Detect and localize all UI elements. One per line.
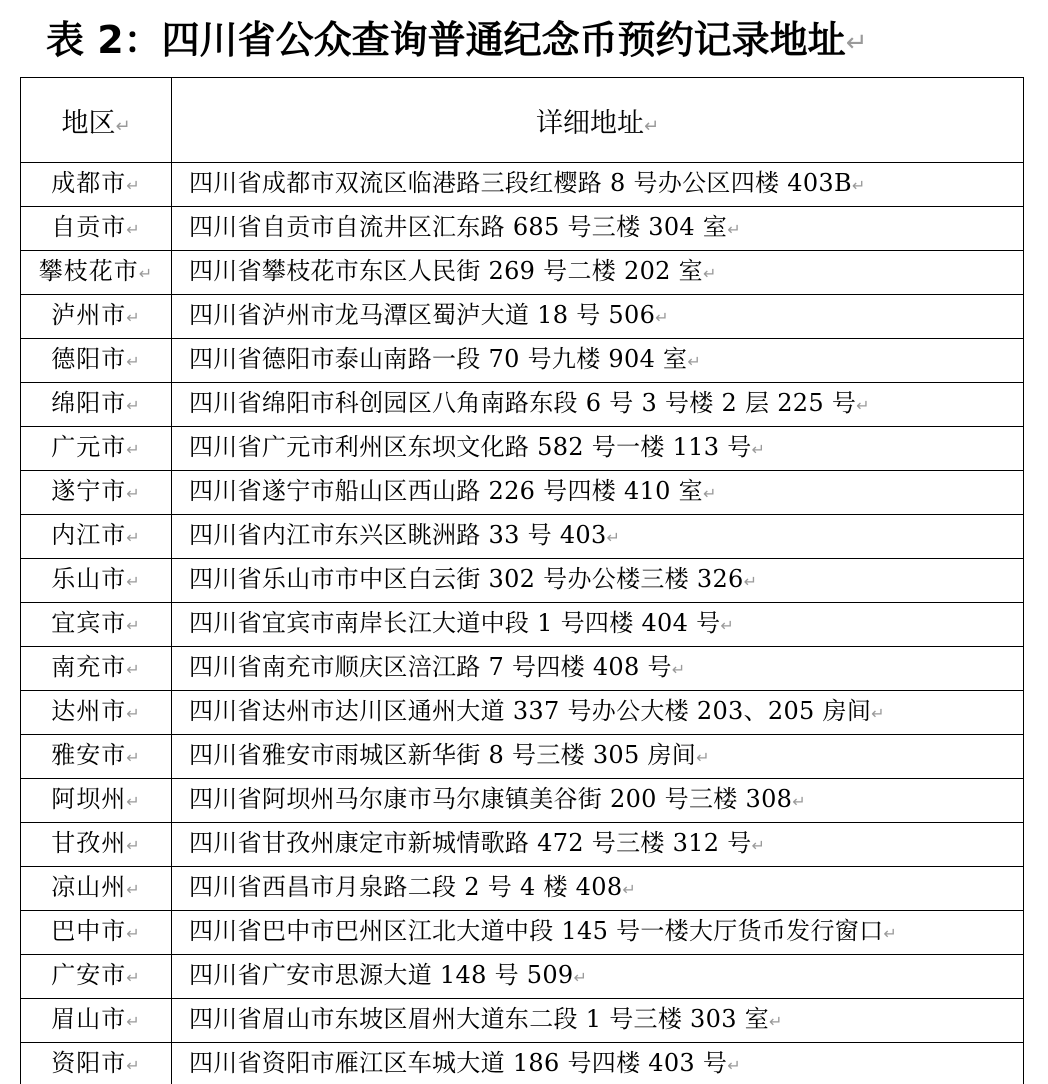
address-cell: 四川省南充市顺庆区涪江路 7 号四楼 408 号↵ bbox=[172, 647, 1024, 691]
paragraph-mark-icon: ↵ bbox=[703, 484, 717, 503]
region-cell: 广安市↵ bbox=[21, 955, 172, 999]
region-name: 达州市 bbox=[51, 697, 126, 725]
region-name: 泸州市 bbox=[51, 301, 126, 329]
table-row: 甘孜州↵ 四川省甘孜州康定市新城情歌路 472 号三楼 312 号↵ bbox=[21, 823, 1024, 867]
address-cell: 四川省眉山市东坡区眉州大道东二段 1 号三楼 303 室↵ bbox=[172, 999, 1024, 1043]
paragraph-mark-icon: ↵ bbox=[644, 116, 659, 137]
paragraph-mark-icon: ↵ bbox=[727, 1056, 741, 1075]
address-cell: 四川省西昌市月泉路二段 2 号 4 楼 408↵ bbox=[172, 867, 1024, 911]
paragraph-mark-icon: ↵ bbox=[769, 1012, 783, 1031]
paragraph-mark-icon: ↵ bbox=[126, 220, 140, 239]
region-name: 巴中市 bbox=[51, 917, 126, 945]
address-cell: 四川省宜宾市南岸长江大道中段 1 号四楼 404 号↵ bbox=[172, 603, 1024, 647]
paragraph-mark-icon: ↵ bbox=[126, 968, 140, 987]
address-text: 四川省泸州市龙马潭区蜀泸大道 18 号 506 bbox=[189, 301, 655, 329]
address-text: 四川省南充市顺庆区涪江路 7 号四楼 408 号 bbox=[189, 653, 672, 681]
table-row: 眉山市↵ 四川省眉山市东坡区眉州大道东二段 1 号三楼 303 室↵ bbox=[21, 999, 1024, 1043]
address-text: 四川省达州市达川区通州大道 337 号办公大楼 203、205 房间 bbox=[189, 697, 871, 725]
address-text: 四川省内江市东兴区眺洲路 33 号 403 bbox=[189, 521, 607, 549]
address-text: 四川省甘孜州康定市新城情歌路 472 号三楼 312 号 bbox=[189, 829, 752, 857]
address-cell: 四川省甘孜州康定市新城情歌路 472 号三楼 312 号↵ bbox=[172, 823, 1024, 867]
paragraph-mark-icon: ↵ bbox=[752, 440, 766, 459]
region-cell: 自贡市↵ bbox=[21, 207, 172, 251]
table-header-row: 地区↵ 详细地址↵ bbox=[21, 78, 1024, 163]
address-cell: 四川省泸州市龙马潭区蜀泸大道 18 号 506↵ bbox=[172, 295, 1024, 339]
paragraph-mark-icon: ↵ bbox=[622, 880, 636, 899]
paragraph-mark-icon: ↵ bbox=[126, 176, 140, 195]
paragraph-mark-icon: ↵ bbox=[687, 352, 701, 371]
paragraph-mark-icon: ↵ bbox=[574, 968, 588, 987]
paragraph-mark-icon: ↵ bbox=[696, 748, 710, 767]
address-cell: 四川省攀枝花市东区人民街 269 号二楼 202 室↵ bbox=[172, 251, 1024, 295]
address-text: 四川省广元市利州区东坝文化路 582 号一楼 113 号 bbox=[189, 433, 752, 461]
region-name: 德阳市 bbox=[51, 345, 126, 373]
paragraph-mark-icon: ↵ bbox=[752, 836, 766, 855]
region-name: 阿坝州 bbox=[51, 785, 126, 813]
header-region-label: 地区 bbox=[61, 108, 115, 139]
table-row: 南充市↵ 四川省南充市顺庆区涪江路 7 号四楼 408 号↵ bbox=[21, 647, 1024, 691]
paragraph-mark-icon: ↵ bbox=[115, 116, 130, 137]
region-cell: 内江市↵ bbox=[21, 515, 172, 559]
paragraph-mark-icon: ↵ bbox=[607, 528, 621, 547]
region-cell: 巴中市↵ bbox=[21, 911, 172, 955]
table-body: 成都市↵ 四川省成都市双流区临港路三段红樱路 8 号办公区四楼 403B↵ 自贡… bbox=[21, 163, 1024, 1084]
address-cell: 四川省阿坝州马尔康市马尔康镇美谷街 200 号三楼 308↵ bbox=[172, 779, 1024, 823]
address-cell: 四川省雅安市雨城区新华街 8 号三楼 305 房间↵ bbox=[172, 735, 1024, 779]
region-cell: 绵阳市↵ bbox=[21, 383, 172, 427]
region-cell: 遂宁市↵ bbox=[21, 471, 172, 515]
table-row: 宜宾市↵ 四川省宜宾市南岸长江大道中段 1 号四楼 404 号↵ bbox=[21, 603, 1024, 647]
region-cell: 泸州市↵ bbox=[21, 295, 172, 339]
address-text: 四川省资阳市雁江区车城大道 186 号四楼 403 号 bbox=[189, 1049, 727, 1077]
region-cell: 雅安市↵ bbox=[21, 735, 172, 779]
address-cell: 四川省资阳市雁江区车城大道 186 号四楼 403 号↵ bbox=[172, 1043, 1024, 1084]
paragraph-mark-icon: ↵ bbox=[856, 396, 870, 415]
paragraph-mark-icon: ↵ bbox=[703, 264, 717, 283]
header-address: 详细地址↵ bbox=[172, 78, 1024, 163]
paragraph-mark-icon: ↵ bbox=[720, 616, 734, 635]
table-row: 达州市↵ 四川省达州市达川区通州大道 337 号办公大楼 203、205 房间↵ bbox=[21, 691, 1024, 735]
table-row: 资阳市↵ 四川省资阳市雁江区车城大道 186 号四楼 403 号↵ bbox=[21, 1043, 1024, 1084]
region-cell: 阿坝州↵ bbox=[21, 779, 172, 823]
region-name: 广元市 bbox=[51, 433, 126, 461]
address-text: 四川省宜宾市南岸长江大道中段 1 号四楼 404 号 bbox=[189, 609, 720, 637]
address-cell: 四川省内江市东兴区眺洲路 33 号 403↵ bbox=[172, 515, 1024, 559]
address-cell: 四川省成都市双流区临港路三段红樱路 8 号办公区四楼 403B↵ bbox=[172, 163, 1024, 207]
address-text: 四川省眉山市东坡区眉州大道东二段 1 号三楼 303 室 bbox=[189, 1005, 769, 1033]
region-name: 遂宁市 bbox=[51, 477, 126, 505]
region-cell: 凉山州↵ bbox=[21, 867, 172, 911]
paragraph-mark-icon: ↵ bbox=[126, 748, 140, 767]
region-name: 甘孜州 bbox=[51, 829, 126, 857]
table-row: 自贡市↵ 四川省自贡市自流井区汇东路 685 号三楼 304 室↵ bbox=[21, 207, 1024, 251]
table-row: 广元市↵ 四川省广元市利州区东坝文化路 582 号一楼 113 号↵ bbox=[21, 427, 1024, 471]
paragraph-mark-icon: ↵ bbox=[126, 1012, 140, 1031]
region-name: 绵阳市 bbox=[51, 389, 126, 417]
address-cell: 四川省达州市达川区通州大道 337 号办公大楼 203、205 房间↵ bbox=[172, 691, 1024, 735]
region-cell: 南充市↵ bbox=[21, 647, 172, 691]
paragraph-mark-icon: ↵ bbox=[727, 220, 741, 239]
paragraph-mark-icon: ↵ bbox=[871, 704, 885, 723]
region-cell: 乐山市↵ bbox=[21, 559, 172, 603]
paragraph-mark-icon: ↵ bbox=[744, 572, 758, 591]
region-name: 雅安市 bbox=[51, 741, 126, 769]
address-text: 四川省阿坝州马尔康市马尔康镇美谷街 200 号三楼 308 bbox=[189, 785, 792, 813]
table-row: 乐山市↵ 四川省乐山市市中区白云街 302 号办公楼三楼 326↵ bbox=[21, 559, 1024, 603]
address-text: 四川省广安市思源大道 148 号 509 bbox=[189, 961, 574, 989]
region-name: 凉山州 bbox=[51, 873, 126, 901]
address-text: 四川省成都市双流区临港路三段红樱路 8 号办公区四楼 403B bbox=[189, 169, 852, 197]
paragraph-mark-icon: ↵ bbox=[126, 836, 140, 855]
paragraph-mark-icon: ↵ bbox=[846, 28, 868, 58]
address-text: 四川省雅安市雨城区新华街 8 号三楼 305 房间 bbox=[189, 741, 696, 769]
address-cell: 四川省德阳市泰山南路一段 70 号九楼 904 室↵ bbox=[172, 339, 1024, 383]
region-cell: 宜宾市↵ bbox=[21, 603, 172, 647]
region-cell: 攀枝花市↵ bbox=[21, 251, 172, 295]
region-name: 广安市 bbox=[51, 961, 126, 989]
document-title-text: 表 2：四川省公众查询普通纪念币预约记录地址 bbox=[46, 18, 846, 62]
paragraph-mark-icon: ↵ bbox=[126, 616, 140, 635]
paragraph-mark-icon: ↵ bbox=[126, 528, 140, 547]
paragraph-mark-icon: ↵ bbox=[126, 1056, 140, 1075]
paragraph-mark-icon: ↵ bbox=[672, 660, 686, 679]
header-address-label: 详细地址 bbox=[536, 108, 644, 139]
address-cell: 四川省广安市思源大道 148 号 509↵ bbox=[172, 955, 1024, 999]
region-name: 成都市 bbox=[51, 169, 126, 197]
paragraph-mark-icon: ↵ bbox=[126, 352, 140, 371]
paragraph-mark-icon: ↵ bbox=[883, 924, 897, 943]
address-cell: 四川省绵阳市科创园区八角南路东段 6 号 3 号楼 2 层 225 号↵ bbox=[172, 383, 1024, 427]
paragraph-mark-icon: ↵ bbox=[126, 924, 140, 943]
region-name: 自贡市 bbox=[51, 213, 126, 241]
address-text: 四川省西昌市月泉路二段 2 号 4 楼 408 bbox=[189, 873, 622, 901]
table-row: 巴中市↵ 四川省巴中市巴州区江北大道中段 145 号一楼大厅货币发行窗口↵ bbox=[21, 911, 1024, 955]
address-text: 四川省攀枝花市东区人民街 269 号二楼 202 室 bbox=[189, 257, 703, 285]
paragraph-mark-icon: ↵ bbox=[792, 792, 806, 811]
paragraph-mark-icon: ↵ bbox=[139, 264, 153, 283]
address-cell: 四川省自贡市自流井区汇东路 685 号三楼 304 室↵ bbox=[172, 207, 1024, 251]
address-cell: 四川省遂宁市船山区西山路 226 号四楼 410 室↵ bbox=[172, 471, 1024, 515]
table-row: 雅安市↵ 四川省雅安市雨城区新华街 8 号三楼 305 房间↵ bbox=[21, 735, 1024, 779]
address-text: 四川省巴中市巴州区江北大道中段 145 号一楼大厅货币发行窗口 bbox=[189, 917, 883, 945]
document-title: 表 2：四川省公众查询普通纪念币预约记录地址↵ bbox=[46, 12, 867, 68]
table-row: 凉山州↵ 四川省西昌市月泉路二段 2 号 4 楼 408↵ bbox=[21, 867, 1024, 911]
table-row: 遂宁市↵ 四川省遂宁市船山区西山路 226 号四楼 410 室↵ bbox=[21, 471, 1024, 515]
paragraph-mark-icon: ↵ bbox=[126, 704, 140, 723]
region-cell: 广元市↵ bbox=[21, 427, 172, 471]
table-row: 成都市↵ 四川省成都市双流区临港路三段红樱路 8 号办公区四楼 403B↵ bbox=[21, 163, 1024, 207]
table-row: 德阳市↵ 四川省德阳市泰山南路一段 70 号九楼 904 室↵ bbox=[21, 339, 1024, 383]
region-name: 内江市 bbox=[51, 521, 126, 549]
paragraph-mark-icon: ↵ bbox=[852, 176, 866, 195]
region-cell: 德阳市↵ bbox=[21, 339, 172, 383]
paragraph-mark-icon: ↵ bbox=[655, 308, 669, 327]
table-row: 阿坝州↵ 四川省阿坝州马尔康市马尔康镇美谷街 200 号三楼 308↵ bbox=[21, 779, 1024, 823]
table-row: 绵阳市↵ 四川省绵阳市科创园区八角南路东段 6 号 3 号楼 2 层 225 号… bbox=[21, 383, 1024, 427]
paragraph-mark-icon: ↵ bbox=[126, 660, 140, 679]
region-cell: 成都市↵ bbox=[21, 163, 172, 207]
header-region: 地区↵ bbox=[21, 78, 172, 163]
address-cell: 四川省巴中市巴州区江北大道中段 145 号一楼大厅货币发行窗口↵ bbox=[172, 911, 1024, 955]
paragraph-mark-icon: ↵ bbox=[126, 880, 140, 899]
address-text: 四川省遂宁市船山区西山路 226 号四楼 410 室 bbox=[189, 477, 703, 505]
address-text: 四川省绵阳市科创园区八角南路东段 6 号 3 号楼 2 层 225 号 bbox=[189, 389, 856, 417]
region-name: 眉山市 bbox=[51, 1005, 126, 1033]
table-row: 泸州市↵ 四川省泸州市龙马潭区蜀泸大道 18 号 506↵ bbox=[21, 295, 1024, 339]
address-text: 四川省乐山市市中区白云街 302 号办公楼三楼 326 bbox=[189, 565, 744, 593]
address-cell: 四川省乐山市市中区白云街 302 号办公楼三楼 326↵ bbox=[172, 559, 1024, 603]
paragraph-mark-icon: ↵ bbox=[126, 572, 140, 591]
region-name: 宜宾市 bbox=[51, 609, 126, 637]
table-row: 攀枝花市↵ 四川省攀枝花市东区人民街 269 号二楼 202 室↵ bbox=[21, 251, 1024, 295]
paragraph-mark-icon: ↵ bbox=[126, 396, 140, 415]
region-name: 南充市 bbox=[51, 653, 126, 681]
region-cell: 眉山市↵ bbox=[21, 999, 172, 1043]
region-cell: 甘孜州↵ bbox=[21, 823, 172, 867]
address-cell: 四川省广元市利州区东坝文化路 582 号一楼 113 号↵ bbox=[172, 427, 1024, 471]
paragraph-mark-icon: ↵ bbox=[126, 484, 140, 503]
region-name: 攀枝花市 bbox=[39, 257, 139, 285]
table-row: 内江市↵ 四川省内江市东兴区眺洲路 33 号 403↵ bbox=[21, 515, 1024, 559]
address-text: 四川省德阳市泰山南路一段 70 号九楼 904 室 bbox=[189, 345, 687, 373]
region-cell: 资阳市↵ bbox=[21, 1043, 172, 1084]
address-text: 四川省自贡市自流井区汇东路 685 号三楼 304 室 bbox=[189, 213, 727, 241]
paragraph-mark-icon: ↵ bbox=[126, 792, 140, 811]
region-name: 资阳市 bbox=[51, 1049, 126, 1077]
paragraph-mark-icon: ↵ bbox=[126, 440, 140, 459]
region-name: 乐山市 bbox=[51, 565, 126, 593]
paragraph-mark-icon: ↵ bbox=[126, 308, 140, 327]
table-row: 广安市↵ 四川省广安市思源大道 148 号 509↵ bbox=[21, 955, 1024, 999]
address-table: 地区↵ 详细地址↵ 成都市↵ 四川省成都市双流区临港路三段红樱路 8 号办公区四… bbox=[20, 77, 1024, 1084]
region-cell: 达州市↵ bbox=[21, 691, 172, 735]
